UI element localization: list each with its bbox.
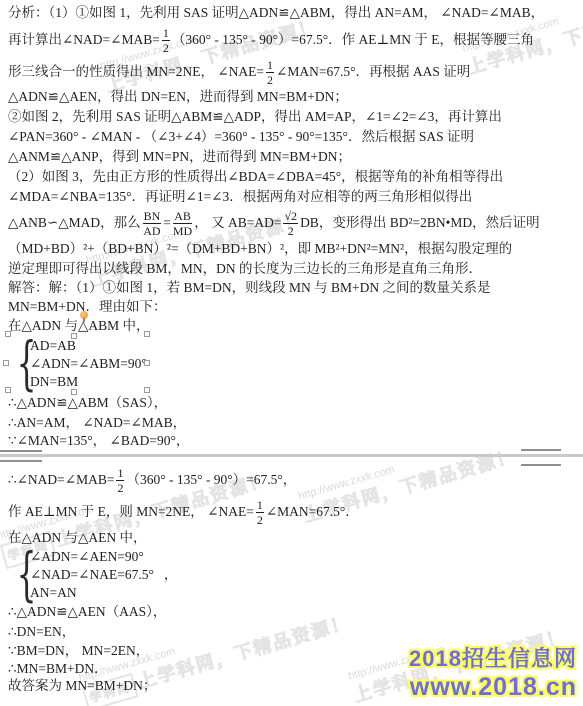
text-run: ∠PAN=360° - ∠MAN - （∠3+∠4）=360° - 135° -… (8, 127, 474, 147)
fraction: 12 (266, 59, 274, 86)
fraction-numerator: √2 (283, 210, 298, 224)
text-line: ∵∠MAN=135°， ∠BAD=90°， (8, 432, 583, 449)
text-line: 分析：（1）①如图 1，先利用 SAS 证明△ADN≌△ABM，得出 AN=AM… (8, 3, 583, 23)
banner-url: www.2018.cn (409, 672, 577, 702)
fraction-numerator: AB (173, 210, 192, 224)
text-run: ∵BM=DN， MN=2EN， (8, 641, 149, 660)
equation-system[interactable]: {AD=AB∠ADN=∠ABM=90°DN=BM (8, 335, 583, 393)
banner-title: 2018招生信息网 (409, 645, 577, 672)
fraction-numerator: 1 (116, 467, 124, 481)
text-line: ②如图 2，先利用 SAS 证明△ABM≌△ADP，得出 AM=AP，∠1=∠2… (8, 107, 583, 127)
text-line: MN=BM+DN．理由如下： (8, 297, 583, 316)
text-run: 再计算出∠NAD=∠MAB= (8, 23, 160, 56)
text-run: 分析：（1）①如图 1，先利用 SAS 证明△ADN≌△ABM，得出 AN=AM… (8, 3, 544, 23)
text-line: ∴AN=AM， ∠NAD=∠MAB， (8, 413, 583, 432)
page-break-line (0, 454, 583, 457)
text-run: 故答案为 MN=BM+DN； (8, 677, 156, 694)
text-line: △ADN≌△AEN，得出 DN=EN，进而得到 MN=BM+DN； (8, 87, 583, 107)
equation-rows: AD=AB∠ADN=∠ABM=90°DN=BM (30, 337, 147, 391)
text-run: ∴DN=EN， (8, 622, 75, 641)
text-run: △ANB∽△MAD，那么 (8, 206, 141, 239)
fraction-denominator: AD (143, 224, 160, 238)
fraction: BNAD (143, 210, 162, 237)
fraction-numerator: 1 (256, 499, 264, 513)
text-line: （2）如图 3，先由正方形的性质得出∠BDA=∠DBA=45°，根据等角的补角相… (8, 167, 583, 187)
fraction-numerator: BN (143, 210, 162, 224)
equation-row: AN=AN (30, 584, 154, 602)
equation-system[interactable]: {∠ADN=∠AEN=90°∠NAD=∠NAE=67.5°AN=AN， (8, 547, 583, 602)
fraction: 12 (116, 467, 124, 494)
text-line: 在△ADN 与△ABM 中， (8, 316, 583, 335)
selection-handle[interactable] (5, 387, 11, 393)
text-run: （2）如图 3，先由正方形的性质得出∠BDA=∠DBA=45°，根据等角的补角相… (8, 167, 503, 187)
text-run: ∴△ADN≌△ABM（SAS）， (8, 393, 167, 413)
equation-row: ∠ADN=∠ABM=90° (30, 355, 147, 373)
text-line: 再计算出∠NAD=∠MAB=12（360° - 135° - 90°）=67.5… (8, 23, 583, 56)
equation-row: AD=AB (30, 337, 147, 355)
text-line: 作 AE⊥MN 于 E，则 MN=2NE， ∠NAE=12∠MAN=67.5°． (8, 496, 583, 528)
text-line: 逆定理即可得出以线段 BM，MN，DN 的长度为三边长的三角形是直角三角形． (8, 259, 583, 278)
text-run: = (163, 206, 171, 239)
equation-row: ∠NAD=∠NAE=67.5° (30, 566, 154, 584)
text-run: ， 又 AB=AD= (194, 206, 281, 239)
selection-handle[interactable] (144, 331, 150, 337)
text-run: ∠MDA=∠NBA=135°．再证明∠1=∠3．根据两角对应相等的两三角形相似得… (8, 187, 472, 206)
fraction-denominator: 2 (163, 41, 169, 55)
fraction: 12 (162, 27, 170, 54)
equation-row: DN=BM (30, 373, 147, 391)
selection-handle[interactable] (5, 331, 11, 337)
text-run: 逆定理即可得出以线段 BM，MN，DN 的长度为三边长的三角形是直角三角形． (8, 259, 482, 278)
equation-rows: ∠ADN=∠AEN=90°∠NAD=∠NAE=67.5°AN=AN (30, 548, 154, 602)
left-brace-icon: { (17, 547, 25, 603)
text-run: （MD+BD）²+（BD+BN）²=（DM+BD+BN）²，即 MB²+DN²=… (8, 239, 512, 259)
fraction-denominator: 2 (117, 481, 123, 495)
text-line: 形三线合一的性质得出 MN=2NE， ∠NAE=12∠MAN=67.5°．再根据… (8, 56, 583, 87)
fraction: √22 (283, 210, 298, 237)
text-run: ∴△ADN≌△AEN（AAS）， (8, 602, 166, 622)
text-line: ∴∠NAD=∠MAB=12（360° - 135° - 90°）=67.5°， (8, 463, 583, 496)
text-line: 在△ADN 与△AEN 中， (8, 528, 583, 547)
text-run: DB，变形得出 BD²=2BN•MD，然后证明 (300, 206, 540, 239)
selection-handle[interactable] (144, 360, 150, 366)
text-line: （MD+BD）²+（BD+BN）²=（DM+BD+BN）²，即 MB²+DN²=… (8, 239, 583, 259)
fraction-numerator: 1 (162, 27, 170, 41)
text-line: ∴△ADN≌△AEN（AAS）， (8, 602, 583, 622)
text-run: △ADN≌△AEN，得出 DN=EN，进而得到 MN=BM+DN； (8, 87, 348, 107)
selection-handle[interactable] (71, 389, 77, 395)
text-line: ∠PAN=360° - ∠MAN - （∠3+∠4）=360° - 135° -… (8, 127, 583, 147)
text-run: ∴∠NAD=∠MAB= (8, 463, 114, 496)
text-run: ∠MAN=67.5°．再根据 AAS 证明 (276, 56, 470, 87)
text-run: （360° - 135° - 90°）=67.5°．作 AE⊥MN 于 E，根据… (172, 23, 534, 56)
fraction: ABMD (173, 210, 192, 237)
text-run: ∠MAN=67.5°． (266, 496, 359, 528)
text-run: ②如图 2，先利用 SAS 证明△ABM≌△ADP，得出 AM=AP，∠1=∠2… (8, 107, 502, 127)
text-run: △ANM≌△ANP，得到 MN=PN，进而得到 MN=BM+DN； (8, 147, 351, 167)
fraction-denominator: 2 (288, 224, 294, 238)
left-brace-icon: { (17, 336, 25, 392)
text-run: ∴AN=AM， ∠NAD=∠MAB， (8, 413, 186, 432)
text-line: 解答：解：（1）①如图 1，若 BM=DN，则线段 MN 与 BM+DN 之间的… (8, 278, 583, 297)
document-body: 分析：（1）①如图 1，先利用 SAS 证明△ADN≌△ABM，得出 AN=AM… (0, 0, 583, 694)
text-line: ∴DN=EN， (8, 622, 583, 641)
text-run: 形三线合一的性质得出 MN=2NE， ∠NAE= (8, 56, 264, 87)
text-run: ∵∠MAN=135°， ∠BAD=90°， (8, 432, 189, 449)
selection-handle[interactable] (3, 360, 9, 366)
text-run: 解答：解：（1）①如图 1，若 BM=DN，则线段 MN 与 BM+DN 之间的… (8, 278, 491, 297)
page-break (0, 449, 583, 463)
text-line: ∴△ADN≌△ABM（SAS）， (8, 393, 583, 413)
text-line: △ANB∽△MAD，那么BNAD=ABMD， 又 AB=AD=√22DB，变形得… (8, 206, 583, 239)
equation-row: ∠ADN=∠AEN=90° (30, 548, 154, 566)
selection-handle[interactable] (144, 387, 150, 393)
annotation-pin-icon[interactable] (80, 311, 88, 319)
fraction-numerator: 1 (266, 59, 274, 73)
text-run: ∴MN=BM+DN． (8, 660, 108, 677)
text-run: 作 AE⊥MN 于 E，则 MN=2NE， ∠NAE= (8, 496, 254, 528)
equation-trailing-comma: ， (164, 566, 178, 584)
selection-handle[interactable] (71, 333, 77, 339)
site-banner: 2018招生信息网 www.2018.cn (409, 645, 577, 702)
text-line: ∠MDA=∠NBA=135°．再证明∠1=∠3．根据两角对应相等的两三角形相似得… (8, 187, 583, 206)
fraction-denominator: 2 (257, 513, 263, 527)
text-run: （360° - 135° - 90°）=67.5°， (126, 463, 296, 496)
fraction-denominator: 2 (267, 73, 273, 87)
fraction: 12 (256, 499, 264, 526)
text-line: △ANM≌△ANP，得到 MN=PN，进而得到 MN=BM+DN； (8, 147, 583, 167)
fraction-denominator: MD (173, 224, 192, 238)
